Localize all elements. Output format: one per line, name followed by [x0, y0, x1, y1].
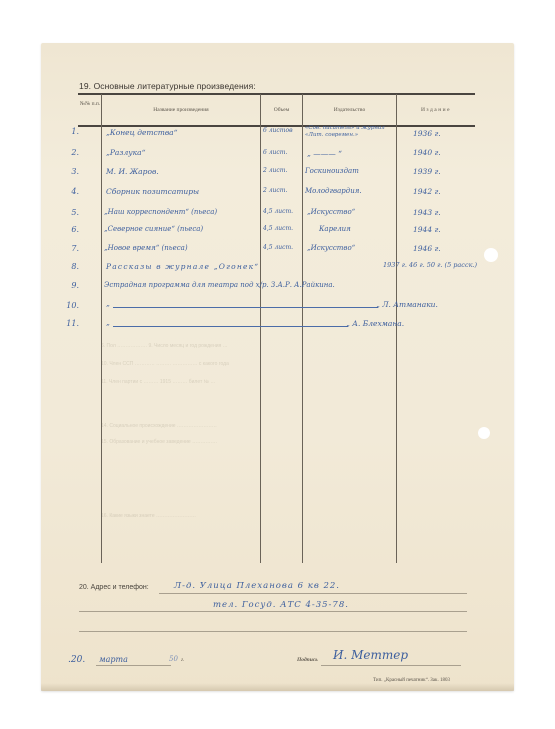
address-line-2: тел. Госуд. АТС 4-35-78.	[213, 600, 349, 610]
column-divider	[396, 94, 397, 563]
bleed-through-text: 16. Какие языки знаете ……………………	[101, 513, 196, 519]
document-page: 6. Пол ……………… 9. Число месяц и год рожде…	[41, 43, 514, 691]
ditto-line	[113, 326, 348, 327]
bleed-through-text: 11. Член партии с ……… 1915 ……… билет № …	[101, 379, 215, 385]
column-header-number: №№ п.п.	[79, 101, 101, 107]
work-title: „Новое время“ (пьеса)	[104, 244, 188, 252]
work-edition: 1940 г.	[413, 148, 441, 157]
work-volume: 2 лист.	[263, 187, 287, 194]
row-number: 4.	[59, 187, 79, 196]
punch-hole	[478, 427, 490, 439]
row-number: 8.	[59, 262, 79, 271]
address-underline	[79, 631, 467, 632]
work-volume: 4,5 лист.	[263, 244, 293, 251]
work-edition: 1939 г.	[413, 167, 441, 176]
work-title: Сборник позитсатиры	[106, 187, 199, 196]
column-header-publisher: Издательство	[303, 107, 396, 113]
work-title: „Разлука“	[106, 148, 145, 157]
work-edition: 1937 г. 46 г. 50 г. (5 расск.)	[383, 261, 477, 269]
row-number: 10.	[59, 301, 79, 310]
row-number: 9.	[59, 281, 79, 290]
date-year-suffix: г.	[181, 657, 184, 663]
work-publisher: „Искусство“	[307, 244, 355, 252]
address-underline	[159, 593, 467, 594]
row-number: 2.	[59, 148, 79, 157]
column-header-title: Название произведения	[102, 107, 260, 113]
row-number: 11.	[59, 319, 79, 328]
row-number: 5.	[59, 208, 79, 217]
bleed-through-text: 6. Пол ……………… 9. Число месяц и год рожде…	[101, 343, 228, 349]
row-number: 6.	[59, 225, 79, 234]
work-publisher: Молодгвардия.	[305, 187, 362, 195]
work-volume: 6 листов	[263, 127, 293, 134]
work-edition: 1943 г.	[413, 208, 441, 217]
work-title: М. И. Жаров.	[106, 167, 159, 176]
date-month: марта	[99, 655, 128, 664]
work-volume: 4,5 лист.	[263, 225, 293, 232]
bleed-through-text: 10. Член ССП ………… ……… …………… с какого год…	[101, 361, 229, 367]
ditto-mark: „	[106, 299, 110, 308]
printer-imprint: Тип. „Красный печатник“. Зак. 1803	[373, 678, 450, 683]
work-publisher: Госкиноиздат	[305, 167, 359, 175]
column-divider	[101, 94, 102, 563]
signature: И. Меттер	[333, 648, 408, 662]
work-title: Эстрадная программа для театра под х/р. …	[104, 281, 335, 289]
date-underline	[96, 665, 171, 666]
ditto-mark: „	[106, 318, 110, 327]
work-volume: 6 лист.	[263, 149, 287, 156]
column-divider	[302, 94, 303, 563]
work-publisher: „ ——— “	[307, 149, 342, 158]
section-19-title: 19. Основные литературные произведения:	[79, 81, 256, 91]
signature-label: Подпись	[297, 657, 318, 663]
work-publisher: «Сов. писатель» и журнал «Лит. современ.…	[305, 125, 395, 139]
column-header-edition: Издание	[397, 107, 475, 113]
bleed-through-text: 14. Социальное происхождение ……………………	[101, 423, 217, 429]
work-volume: 2 лист.	[263, 167, 287, 174]
date-year: 50	[169, 655, 178, 663]
work-title: „Конец детства“	[106, 128, 178, 137]
section-20-label: 20. Адрес и телефон:	[79, 584, 149, 591]
column-header-volume: Объем	[261, 107, 302, 113]
work-edition: 1946 г.	[413, 244, 441, 253]
address-underline	[79, 611, 467, 612]
column-divider	[260, 94, 261, 563]
work-title: „Северное сияние“ (пьеса)	[104, 225, 203, 233]
bleed-through-text: 15. Образование и учебное заведение ……………	[101, 439, 217, 445]
work-publisher: „Искусство“	[307, 208, 355, 216]
ditto-line	[113, 307, 378, 308]
row-number: 3.	[59, 167, 79, 176]
work-publisher: Карелия	[319, 225, 351, 233]
work-title: Рассказы в журнале „Огонек“	[106, 262, 259, 271]
signature-underline	[321, 665, 461, 666]
work-author: „ А. Блехмана.	[346, 319, 404, 328]
address-line-1: Л-д. Улица Плеханова 6 кв 22.	[174, 581, 340, 591]
punch-hole	[484, 248, 498, 262]
table-top-rule	[78, 93, 475, 95]
work-edition: 1942 г.	[413, 187, 441, 196]
work-author: „ Л. Атманаки.	[376, 300, 438, 309]
date-day: .20.	[68, 655, 85, 665]
work-volume: 4,5 лист.	[263, 208, 293, 215]
work-title: „Наш корреспондент“ (пьеса)	[104, 208, 217, 216]
work-edition: 1936 г.	[413, 129, 441, 138]
row-number: 1.	[59, 127, 79, 136]
work-edition: 1944 г.	[413, 225, 441, 234]
row-number: 7.	[59, 244, 79, 253]
